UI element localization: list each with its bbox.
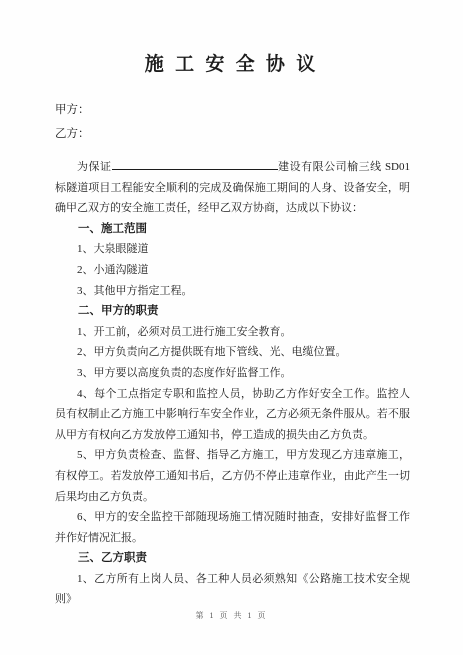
fill-in-blank[interactable]: [112, 158, 278, 170]
page-footer: 第 1 页 共 1 页: [0, 610, 463, 621]
section-heading-3: 三、乙方职责: [55, 548, 410, 569]
document-body: 为保证建设有限公司榆三线 SD01标隧道项目工程能安全顺利的完成及确保施工期间的…: [55, 157, 410, 610]
party-a-label: 甲方：: [55, 104, 90, 116]
document-page: 施 工 安 全 协 议 甲方： 乙方： 为保证建设有限公司榆三线 SD01标隧道…: [0, 0, 463, 655]
section-2-item-1: 1、开工前，必须对员工进行施工安全教育。: [55, 322, 410, 343]
intro-prefix: 为保证: [77, 161, 112, 173]
section-heading-1: 一、施工范围: [55, 219, 410, 240]
section-2-item-4: 4、每个工点指定专职和监控人员，协助乙方作好安全工作。监控人员有权制止乙方施工中…: [55, 384, 410, 446]
parties-block: 甲方： 乙方：: [55, 98, 410, 146]
section-2-item-5: 5、甲方负责检查、监督、指导乙方施工，甲方发现乙方违章施工，有权停工。若发放停工…: [55, 445, 410, 507]
party-b-label: 乙方：: [55, 128, 90, 140]
section-1-item-1: 1、大泉眼隧道: [55, 239, 410, 260]
party-b-line: 乙方：: [55, 122, 410, 146]
section-2-item-2: 2、甲方负责向乙方提供既有地下管线、光、电缆位置。: [55, 342, 410, 363]
section-1-item-2: 2、小通沟隧道: [55, 260, 410, 281]
party-a-line: 甲方：: [55, 98, 410, 122]
section-1-item-3: 3、其他甲方指定工程。: [55, 281, 410, 302]
sections-container: 一、施工范围1、大泉眼隧道2、小通沟隧道3、其他甲方指定工程。二、甲方的职责1、…: [55, 219, 410, 610]
section-2-item-6: 6、甲方的安全监控干部随现场施工情况随时抽查，安排好监督工作并作好情况汇报。: [55, 507, 410, 548]
document-title: 施 工 安 全 协 议: [0, 0, 463, 78]
intro-paragraph: 为保证建设有限公司榆三线 SD01标隧道项目工程能安全顺利的完成及确保施工期间的…: [55, 157, 410, 219]
section-heading-2: 二、甲方的职责: [55, 301, 410, 322]
section-2-item-3: 3、甲方要以高度负责的态度作好监督工作。: [55, 363, 410, 384]
section-3-item-1: 1、乙方所有上岗人员、各工种人员必须熟知《公路施工技术安全规则》: [55, 569, 410, 610]
